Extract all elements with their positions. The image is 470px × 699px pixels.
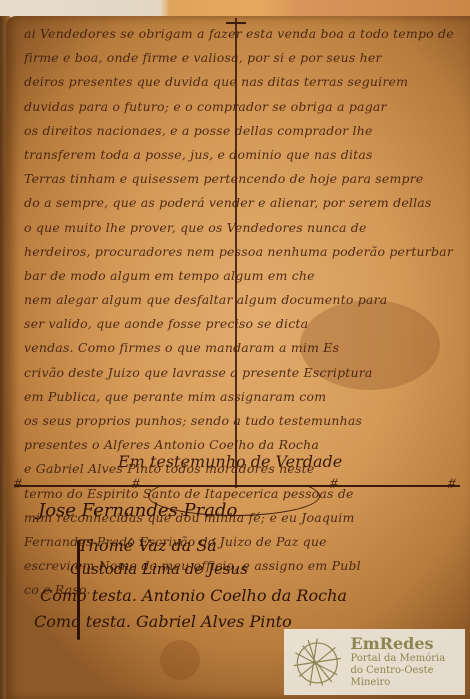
closing-phrase: Em testemunho de Verdade: [118, 452, 342, 471]
text-line: ai Vendedores se obrigam a fazer esta ve…: [24, 22, 464, 46]
text-line: em Publica, que perante mim assignaram c…: [24, 385, 464, 409]
watermark-logo: EmRedes Portal da Memória do Centro-Oest…: [284, 629, 465, 695]
signature: Como testa. Antonio Coelho da Rocha: [40, 586, 347, 605]
logo-subtitle: do Centro-Oeste Mineiro: [351, 665, 465, 689]
text-line: bar de modo algum em tempo algum em che: [24, 264, 464, 288]
signature: Thomé Vaz da Sá: [78, 536, 217, 555]
text-line: transferem toda a posse, jus, e dominio …: [24, 143, 464, 167]
text-line: herdeiros, procuradores nem pessoa nenhu…: [24, 240, 464, 264]
text-line: vendas. Como firmes o que mandaram a mim…: [24, 336, 464, 360]
signature: Como testa. Gabriel Alves Pinto: [34, 612, 292, 631]
text-line: o que muito lhe prover, que os Vendedore…: [24, 216, 464, 240]
hash-mark: #: [132, 476, 140, 493]
text-line: deiros presentes que duvida que nas dita…: [24, 70, 464, 94]
text-line: ser valido, que aonde fosse preciso se d…: [24, 312, 464, 336]
signature: Jose Fernandes Prado: [38, 500, 237, 521]
text-line: do a sempre, que as poderá vender e alie…: [24, 191, 464, 215]
text-line: os direitos nacionaes, e a posse dellas …: [24, 119, 464, 143]
paper-stain: [160, 640, 200, 680]
ink-stroke: [77, 540, 80, 640]
text-line: Terras tinham e quisessem pertencendo de…: [24, 167, 464, 191]
text-line: duvidas para o futuro; e o comprador se …: [24, 95, 464, 119]
logo-subtitle: Portal da Memória: [351, 653, 465, 665]
text-line: nem alegar algum que desfaltar algum doc…: [24, 288, 464, 312]
hash-mark: #: [330, 476, 338, 493]
logo-title: EmRedes: [351, 635, 465, 653]
text-line: os seus proprios punhos; sendo a tudo te…: [24, 409, 464, 433]
text-line: crivão deste Juizo que lavrasse a presen…: [24, 361, 464, 385]
hash-mark: #: [14, 476, 22, 493]
text-line: firme e boa, onde firme e valiosa, por s…: [24, 46, 464, 70]
signature: Custodia Lima de Jesus: [70, 560, 248, 578]
hash-mark: #: [448, 476, 456, 493]
globe-network-icon: [290, 632, 345, 692]
